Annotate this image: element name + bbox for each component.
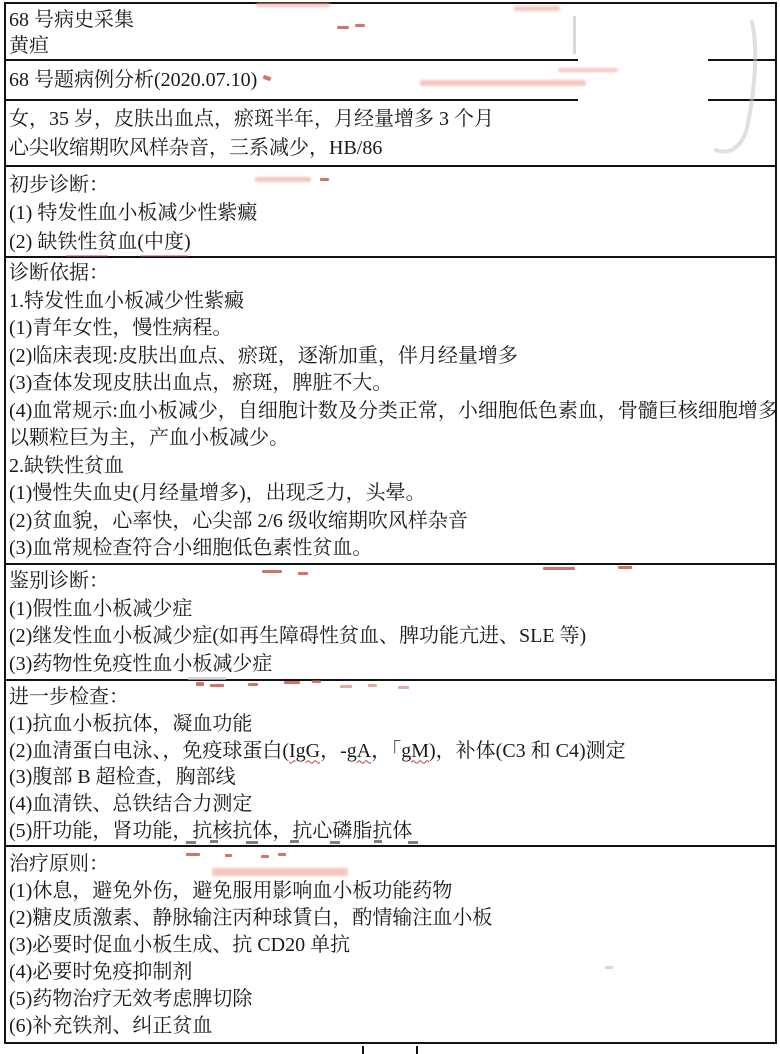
red-pen-mark	[140, 255, 188, 257]
text-line: 诊断依据：	[9, 260, 775, 288]
row-diagnosis-basis: 诊断依据：1.特发性血小板减少性紫癜(1)青年女性，慢性病程。(2)临床表现:皮…	[6, 258, 775, 565]
text-line: (3)腹部 B 超检查，胸部线	[9, 764, 775, 791]
spellcheck-underlined-text: gM	[401, 740, 429, 762]
red-pen-mark	[186, 853, 200, 856]
text-line: (2)糖皮质激素、静脉输注丙种球賃白，酌情输注血小板	[9, 905, 775, 932]
red-pen-mark	[196, 682, 204, 686]
ink-speck	[290, 840, 299, 843]
red-pen-mark	[398, 686, 409, 689]
text-segment: ，「	[371, 740, 401, 762]
red-pen-mark	[66, 255, 108, 257]
text-line: (3)查体发现皮肤出血点，瘀斑，脾脏不大。	[9, 370, 775, 398]
text-line: (4)血常规示:血小板减少，自细胞计数及分类正常，小细胞低色素血，骨髓巨核细胞增…	[9, 398, 775, 426]
pink-smudge	[514, 6, 560, 11]
text-line: (2)临床表现:皮肤出血点、瘀斑，逐渐加重，伴月经量增多	[9, 343, 775, 371]
text-line: (1) 特发性血小板减少性紫癜	[9, 199, 775, 227]
text-line: 以颗粒巨为主，产血小板减少。	[9, 425, 775, 453]
ink-speck	[210, 840, 218, 843]
text-line: (1)抗血小板抗体，凝血功能	[9, 711, 775, 738]
text-line: (4)必要时免疫抑制剂	[9, 959, 775, 986]
spellcheck-underlined-text: gA	[347, 740, 371, 762]
text-line: 2.缺铁性贫血	[9, 453, 775, 481]
text-line: (2)血清蛋白电泳、，免疫球蛋白(IgG，-gA，「gM)，补体(C3 和 C4…	[9, 738, 775, 765]
red-pen-mark	[278, 853, 286, 856]
text-line: (3)药物性免疫性血小板减少症	[9, 651, 775, 679]
document-page: 68 号病史采集黄疸 68 号题病例分析(2020.07.10) 女，35 岁，…	[0, 0, 780, 1054]
red-pen-mark	[261, 855, 269, 858]
red-pen-mark	[618, 566, 632, 569]
red-pen-mark	[312, 680, 321, 683]
red-pen-mark	[262, 570, 282, 573]
whiteout-patch	[578, 18, 708, 160]
bottom-cell-border	[416, 1046, 418, 1054]
pencil-stroke	[700, 8, 780, 168]
text-line: 初步诊断：	[9, 171, 775, 199]
row-preliminary-diagnosis: 初步诊断：(1) 特发性血小板减少性紫癜(2) 缺铁性贫血(中度)	[6, 167, 775, 258]
red-pen-mark	[210, 684, 224, 687]
text-line: (5)药物治疗无效考虑脾切除	[9, 986, 775, 1013]
red-pen-mark	[355, 24, 365, 27]
text-line: (3)必要时促血小板生成、抗 CD20 单抗	[9, 932, 775, 959]
ink-speck	[330, 841, 340, 844]
row-differential-diagnosis: 鉴别诊断：(1)假性血小板减少症(2)继发性血小板减少症(如再生障碍性贫血、脾功…	[6, 565, 775, 681]
text-line: (1)慢性失血史(月经量增多)，出现乏力，头晕。	[9, 480, 775, 508]
pencil-mark	[573, 16, 576, 54]
spellcheck-underlined-text: IgG	[289, 740, 320, 762]
text-segment: (2)血清蛋白电泳、，免疫球蛋白(	[9, 740, 289, 762]
pink-smudge	[255, 177, 311, 182]
red-pen-mark	[337, 26, 349, 29]
pink-smudge	[256, 3, 330, 7]
text-line: 1.特发性血小板减少性紫癜	[9, 288, 775, 316]
red-pen-mark	[340, 685, 352, 688]
text-line: (4)血清铁、总铁结合力测定	[9, 791, 775, 818]
text-line: 进一步检查：	[9, 684, 775, 711]
red-pen-mark	[368, 684, 377, 687]
red-pen-mark	[298, 572, 308, 575]
text-line: (1)青年女性，慢性病程。	[9, 315, 775, 343]
text-line: (2) 缺铁性贫血(中度)	[9, 228, 775, 256]
ink-speck	[186, 841, 196, 844]
text-line: 治疗原则：	[9, 851, 775, 878]
pink-smudge	[558, 68, 618, 72]
text-segment: ，-	[320, 740, 347, 762]
red-pen-mark	[320, 178, 329, 181]
text-segment: )，补体(C3 和 C4)测定	[429, 740, 626, 762]
pink-smudge	[420, 80, 586, 86]
ink-speck	[246, 841, 258, 844]
text-line: (2)贫血貌，心率快，心尖部 2/6 级收缩期吹风样杂音	[9, 508, 775, 536]
text-line: (1)假性血小板减少症	[9, 596, 775, 624]
red-pen-mark	[225, 854, 232, 857]
red-pen-mark	[248, 683, 258, 686]
text-line: (2)继发性血小板减少症(如再生障碍性贫血、脾功能亢进、SLE 等)	[9, 623, 775, 651]
row-treatment-principles: 治疗原则：(1)休息，避免外伤，避免服用影响血小板功能药物(2)糖皮质激素、静脉…	[6, 847, 775, 1042]
pink-smudge	[212, 868, 348, 876]
row-further-examination: 进一步检查：(1)抗血小板抗体，凝血功能(2)血清蛋白电泳、，免疫球蛋白(IgG…	[6, 681, 775, 847]
ink-speck	[408, 841, 418, 844]
pencil-mark	[605, 966, 613, 969]
red-pen-mark	[284, 681, 300, 684]
text-line: (6)补充铁剂、纠正贫血	[9, 1013, 775, 1040]
text-line: 鉴别诊断：	[9, 568, 775, 596]
pencil-mark	[188, 677, 226, 680]
text-line: (3)血常规检查符合小细胞低色素性贫血。	[9, 535, 775, 563]
text-line: (1)休息，避免外伤，避免服用影响血小板功能药物	[9, 878, 775, 905]
red-pen-mark	[543, 567, 575, 570]
ink-speck	[374, 840, 382, 843]
bottom-cell-border	[362, 1046, 364, 1054]
text-line: (5)肝功能，肾功能，抗核抗体，抗心磷脂抗体	[9, 818, 775, 845]
